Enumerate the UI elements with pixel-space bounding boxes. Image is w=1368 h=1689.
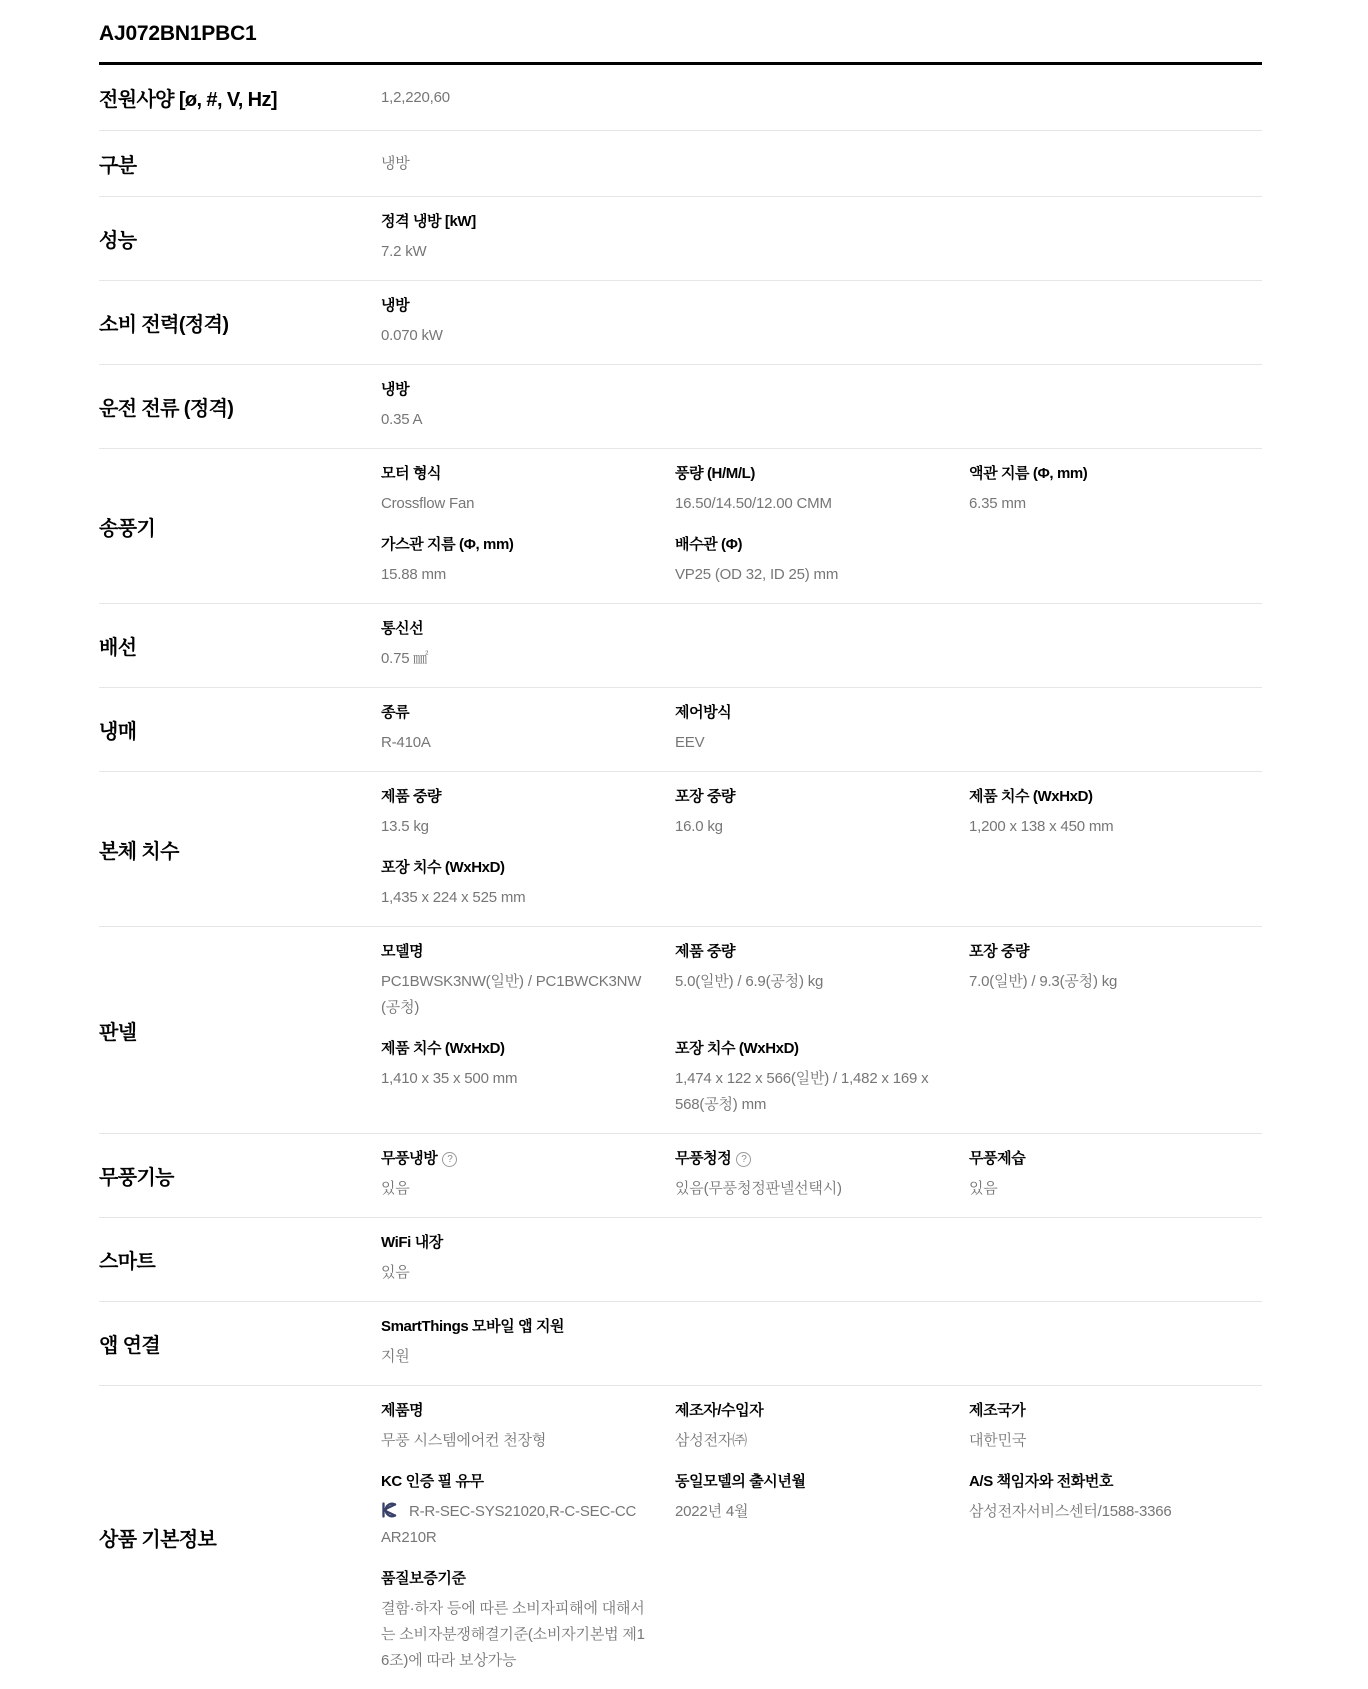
spec-cell: 제품 치수 (WxHxD) 1,410 x 35 x 500 mm (381, 1039, 675, 1092)
spec-cell: 종류 R-410A (381, 703, 675, 756)
spec-cell: 무풍청정? 있음(무풍청정판넬선택시) (675, 1149, 969, 1202)
spec-cell-value: 결함·하자 등에 따른 소비자피해에 대해서는 소비자분쟁해결기준(소비자기본법… (381, 1600, 645, 1669)
spec-cell-label: 제품 중량 (381, 788, 441, 805)
spec-cell-label: SmartThings 모바일 앱 지원 (381, 1318, 564, 1335)
spec-cell-value: 지원 (381, 1348, 410, 1365)
spec-cell: 제조국가 대한민국 (969, 1401, 1262, 1454)
spec-cell-value: 7.2 kW (381, 243, 426, 260)
spec-row-label: 배선 (99, 631, 381, 660)
spec-cell-label: 품질보증기준 (381, 1570, 466, 1587)
spec-cell-label: 제품명 (381, 1402, 423, 1419)
spec-cell: 모델명 PC1BWSK3NW(일반) / PC1BWCK3NW(공청) (381, 942, 675, 1021)
spec-cell: KC 인증 필 유무 R-R-SEC-SYS21020,R-C-SEC-CCAR… (381, 1472, 675, 1551)
spec-row-values: 무풍냉방? 있음 무풍청정? 있음(무풍청정판넬선택시) 무풍제습 있음 (381, 1149, 1262, 1202)
spec-cell-value: R-R-SEC-SYS21020,R-C-SEC-CCAR210R (381, 1503, 636, 1546)
spec-cell: 제품 중량 5.0(일반) / 6.9(공청) kg (675, 942, 969, 995)
spec-row-label: 전원사양 [ø, #, V, Hz] (99, 83, 381, 112)
spec-row-values: 제품 중량 13.5 kg 포장 중량 16.0 kg 제품 치수 (WxHxD… (381, 787, 1262, 911)
info-icon[interactable]: ? (736, 1152, 751, 1167)
spec-cell-value: 대한민국 (969, 1432, 1026, 1449)
spec-cell: 제품 중량 13.5 kg (381, 787, 675, 840)
spec-cell-label: 무풍냉방 (381, 1150, 437, 1167)
spec-cell: 모터 형식 Crossflow Fan (381, 464, 675, 517)
spec-cell-label: 모터 형식 (381, 465, 441, 482)
spec-cell-label: 가스관 지름 (Φ, mm) (381, 536, 514, 553)
spec-row-values: 통신선 0.75 ㎟ (381, 619, 1262, 672)
spec-cell-value: 무풍 시스템에어컨 천장형 (381, 1432, 546, 1449)
spec-cell-value: 0.070 kW (381, 327, 443, 344)
spec-cell-label: WiFi 내장 (381, 1234, 443, 1251)
spec-cell-value: 13.5 kg (381, 818, 429, 835)
spec-row: 앱 연결 SmartThings 모바일 앱 지원 지원 (99, 1302, 1262, 1386)
spec-cell-value: 삼성전자㈜ (675, 1432, 747, 1449)
spec-cell-label: 모델명 (381, 943, 423, 960)
spec-row-label: 앱 연결 (99, 1329, 381, 1358)
spec-cell-label: 액관 지름 (Φ, mm) (969, 465, 1087, 482)
spec-cell-value: 있음 (969, 1180, 998, 1197)
spec-row-label: 상품 기본정보 (99, 1523, 381, 1552)
spec-row-values: 모터 형식 Crossflow Fan 풍량 (H/M/L) 16.50/14.… (381, 464, 1262, 588)
spec-cell: 1,2,220,60 (381, 85, 675, 111)
spec-row-label: 송풍기 (99, 512, 381, 541)
spec-cell-value: 있음 (381, 1180, 410, 1197)
spec-row: 성능 정격 냉방 [kW] 7.2 kW (99, 197, 1262, 281)
spec-row: 운전 전류 (정격) 냉방 0.35 A (99, 365, 1262, 449)
spec-cell: A/S 책임자와 전화번호 삼성전자서비스센터/1588-3366 (969, 1472, 1262, 1525)
spec-row-label: 운전 전류 (정격) (99, 392, 381, 421)
spec-cell-value: 1,410 x 35 x 500 mm (381, 1070, 517, 1087)
spec-row-values: 제품명 무풍 시스템에어컨 천장형 제조자/수입자 삼성전자㈜ 제조국가 대한민… (381, 1401, 1262, 1674)
spec-cell: 액관 지름 (Φ, mm) 6.35 mm (969, 464, 1262, 517)
spec-cell-label: 제조자/수입자 (675, 1402, 763, 1419)
spec-row-values: 냉방 (381, 151, 1262, 177)
spec-cell-label: 포장 중량 (675, 788, 735, 805)
spec-cell: 품질보증기준 결함·하자 등에 따른 소비자피해에 대해서는 소비자분쟁해결기준… (381, 1569, 675, 1674)
spec-cell-label: 포장 치수 (WxHxD) (381, 859, 505, 876)
spec-cell: 동일모델의 출시년월 2022년 4월 (675, 1472, 969, 1525)
spec-row-values: 1,2,220,60 (381, 85, 1262, 111)
spec-cell: 제조자/수입자 삼성전자㈜ (675, 1401, 969, 1454)
spec-row: 송풍기 모터 형식 Crossflow Fan 풍량 (H/M/L) 16.50… (99, 449, 1262, 604)
spec-cell-label: 냉방 (381, 297, 409, 314)
spec-cell-value: R-410A (381, 734, 431, 751)
spec-cell: 포장 치수 (WxHxD) 1,474 x 122 x 566(일반) / 1,… (675, 1039, 969, 1118)
spec-row-label: 구분 (99, 149, 381, 178)
spec-cell-value: 1,435 x 224 x 525 mm (381, 889, 525, 906)
spec-cell-label: 제어방식 (675, 704, 731, 721)
spec-row-values: SmartThings 모바일 앱 지원 지원 (381, 1317, 1262, 1370)
spec-cell: WiFi 내장 있음 (381, 1233, 675, 1286)
spec-cell-value: 1,200 x 138 x 450 mm (969, 818, 1113, 835)
spec-row: 전원사양 [ø, #, V, Hz] 1,2,220,60 (99, 65, 1262, 131)
spec-cell: 냉방 (381, 151, 675, 177)
spec-cell-label: 제품 치수 (WxHxD) (969, 788, 1093, 805)
spec-cell-value: 0.35 A (381, 411, 422, 428)
spec-row: 판넬 모델명 PC1BWSK3NW(일반) / PC1BWCK3NW(공청) 제… (99, 927, 1262, 1134)
spec-cell-label: KC 인증 필 유무 (381, 1473, 484, 1490)
spec-cell: 가스관 지름 (Φ, mm) 15.88 mm (381, 535, 675, 588)
product-spec-table: AJ072BN1PBC1 전원사양 [ø, #, V, Hz] 1,2,220,… (99, 18, 1262, 1689)
spec-cell: 냉방 0.35 A (381, 380, 675, 433)
spec-cell-label: 종류 (381, 704, 409, 721)
spec-cell-label: 배수관 (Φ) (675, 536, 742, 553)
spec-cell-value: 6.35 mm (969, 495, 1026, 512)
spec-cell-value: 0.75 ㎟ (381, 650, 428, 667)
spec-row: 무풍기능 무풍냉방? 있음 무풍청정? 있음(무풍청정판넬선택시) 무풍제습 있… (99, 1134, 1262, 1218)
spec-rows: 전원사양 [ø, #, V, Hz] 1,2,220,60 구분 냉방 성능 정… (99, 65, 1262, 1689)
spec-row-label: 무풍기능 (99, 1161, 381, 1190)
spec-row: 냉매 종류 R-410A 제어방식 EEV (99, 688, 1262, 772)
spec-cell: 무풍냉방? 있음 (381, 1149, 675, 1202)
spec-cell: 포장 중량 7.0(일반) / 9.3(공청) kg (969, 942, 1262, 995)
spec-cell-value: 5.0(일반) / 6.9(공청) kg (675, 973, 823, 990)
spec-row: 본체 치수 제품 중량 13.5 kg 포장 중량 16.0 kg 제품 치수 … (99, 772, 1262, 927)
kc-mark-icon (381, 1502, 402, 1518)
spec-cell-value: 16.0 kg (675, 818, 723, 835)
spec-cell: 무풍제습 있음 (969, 1149, 1262, 1202)
spec-row-values: 정격 냉방 [kW] 7.2 kW (381, 212, 1262, 265)
spec-cell: 포장 중량 16.0 kg (675, 787, 969, 840)
spec-cell-label: 무풍제습 (969, 1150, 1025, 1167)
spec-cell-label: 포장 중량 (969, 943, 1029, 960)
spec-row-values: 모델명 PC1BWSK3NW(일반) / PC1BWCK3NW(공청) 제품 중… (381, 942, 1262, 1118)
spec-row: 스마트 WiFi 내장 있음 (99, 1218, 1262, 1302)
spec-cell-value: 2022년 4월 (675, 1503, 748, 1520)
spec-cell-value: EEV (675, 734, 704, 751)
spec-row-values: 냉방 0.070 kW (381, 296, 1262, 349)
spec-cell: 통신선 0.75 ㎟ (381, 619, 675, 672)
spec-cell-label: 제품 치수 (WxHxD) (381, 1040, 505, 1057)
spec-cell-label: 제품 중량 (675, 943, 735, 960)
model-title: AJ072BN1PBC1 (99, 18, 1262, 65)
spec-cell-label: A/S 책임자와 전화번호 (969, 1473, 1113, 1490)
spec-cell-value: 있음(무풍청정판넬선택시) (675, 1180, 842, 1197)
spec-row-label: 소비 전력(정격) (99, 308, 381, 337)
spec-cell: 제어방식 EEV (675, 703, 969, 756)
spec-cell-value: 16.50/14.50/12.00 CMM (675, 495, 832, 512)
spec-cell-label: 포장 치수 (WxHxD) (675, 1040, 799, 1057)
spec-row-label: 스마트 (99, 1245, 381, 1274)
spec-cell: 정격 냉방 [kW] 7.2 kW (381, 212, 675, 265)
spec-cell-value: VP25 (OD 32, ID 25) mm (675, 566, 838, 583)
spec-row-values: 종류 R-410A 제어방식 EEV (381, 703, 1262, 756)
spec-cell-value: 1,2,220,60 (381, 89, 450, 106)
spec-row: 배선 통신선 0.75 ㎟ (99, 604, 1262, 688)
spec-row-values: 냉방 0.35 A (381, 380, 1262, 433)
spec-cell-value: 15.88 mm (381, 566, 446, 583)
spec-cell-value: 냉방 (381, 155, 410, 172)
spec-cell: 제품명 무풍 시스템에어컨 천장형 (381, 1401, 675, 1454)
spec-cell-value: PC1BWSK3NW(일반) / PC1BWCK3NW(공청) (381, 973, 641, 1016)
spec-cell: 냉방 0.070 kW (381, 296, 675, 349)
spec-row-label: 본체 치수 (99, 835, 381, 864)
spec-row-values: WiFi 내장 있음 (381, 1233, 1262, 1286)
spec-row-label: 판넬 (99, 1016, 381, 1045)
spec-row: 상품 기본정보 제품명 무풍 시스템에어컨 천장형 제조자/수입자 삼성전자㈜ … (99, 1386, 1262, 1689)
spec-cell-value: 7.0(일반) / 9.3(공청) kg (969, 973, 1117, 990)
spec-row-label: 냉매 (99, 715, 381, 744)
info-icon[interactable]: ? (442, 1152, 457, 1167)
spec-row-label: 성능 (99, 224, 381, 253)
spec-cell-value: 삼성전자서비스센터/1588-3366 (969, 1503, 1172, 1520)
spec-row: 소비 전력(정격) 냉방 0.070 kW (99, 281, 1262, 365)
spec-cell-value: 있음 (381, 1264, 410, 1281)
spec-cell-label: 무풍청정 (675, 1150, 731, 1167)
spec-cell-label: 동일모델의 출시년월 (675, 1473, 806, 1490)
spec-cell: 제품 치수 (WxHxD) 1,200 x 138 x 450 mm (969, 787, 1262, 840)
spec-cell-label: 냉방 (381, 381, 409, 398)
spec-cell-value: Crossflow Fan (381, 495, 474, 512)
spec-cell-label: 풍량 (H/M/L) (675, 465, 755, 482)
spec-cell: 포장 치수 (WxHxD) 1,435 x 224 x 525 mm (381, 858, 675, 911)
spec-cell: 풍량 (H/M/L) 16.50/14.50/12.00 CMM (675, 464, 969, 517)
spec-cell: SmartThings 모바일 앱 지원 지원 (381, 1317, 675, 1370)
spec-cell-label: 제조국가 (969, 1402, 1025, 1419)
spec-cell-label: 정격 냉방 [kW] (381, 213, 476, 230)
spec-cell: 배수관 (Φ) VP25 (OD 32, ID 25) mm (675, 535, 969, 588)
spec-cell-label: 통신선 (381, 620, 423, 637)
spec-row: 구분 냉방 (99, 131, 1262, 197)
spec-cell-value: 1,474 x 122 x 566(일반) / 1,482 x 169 x 56… (675, 1070, 928, 1113)
